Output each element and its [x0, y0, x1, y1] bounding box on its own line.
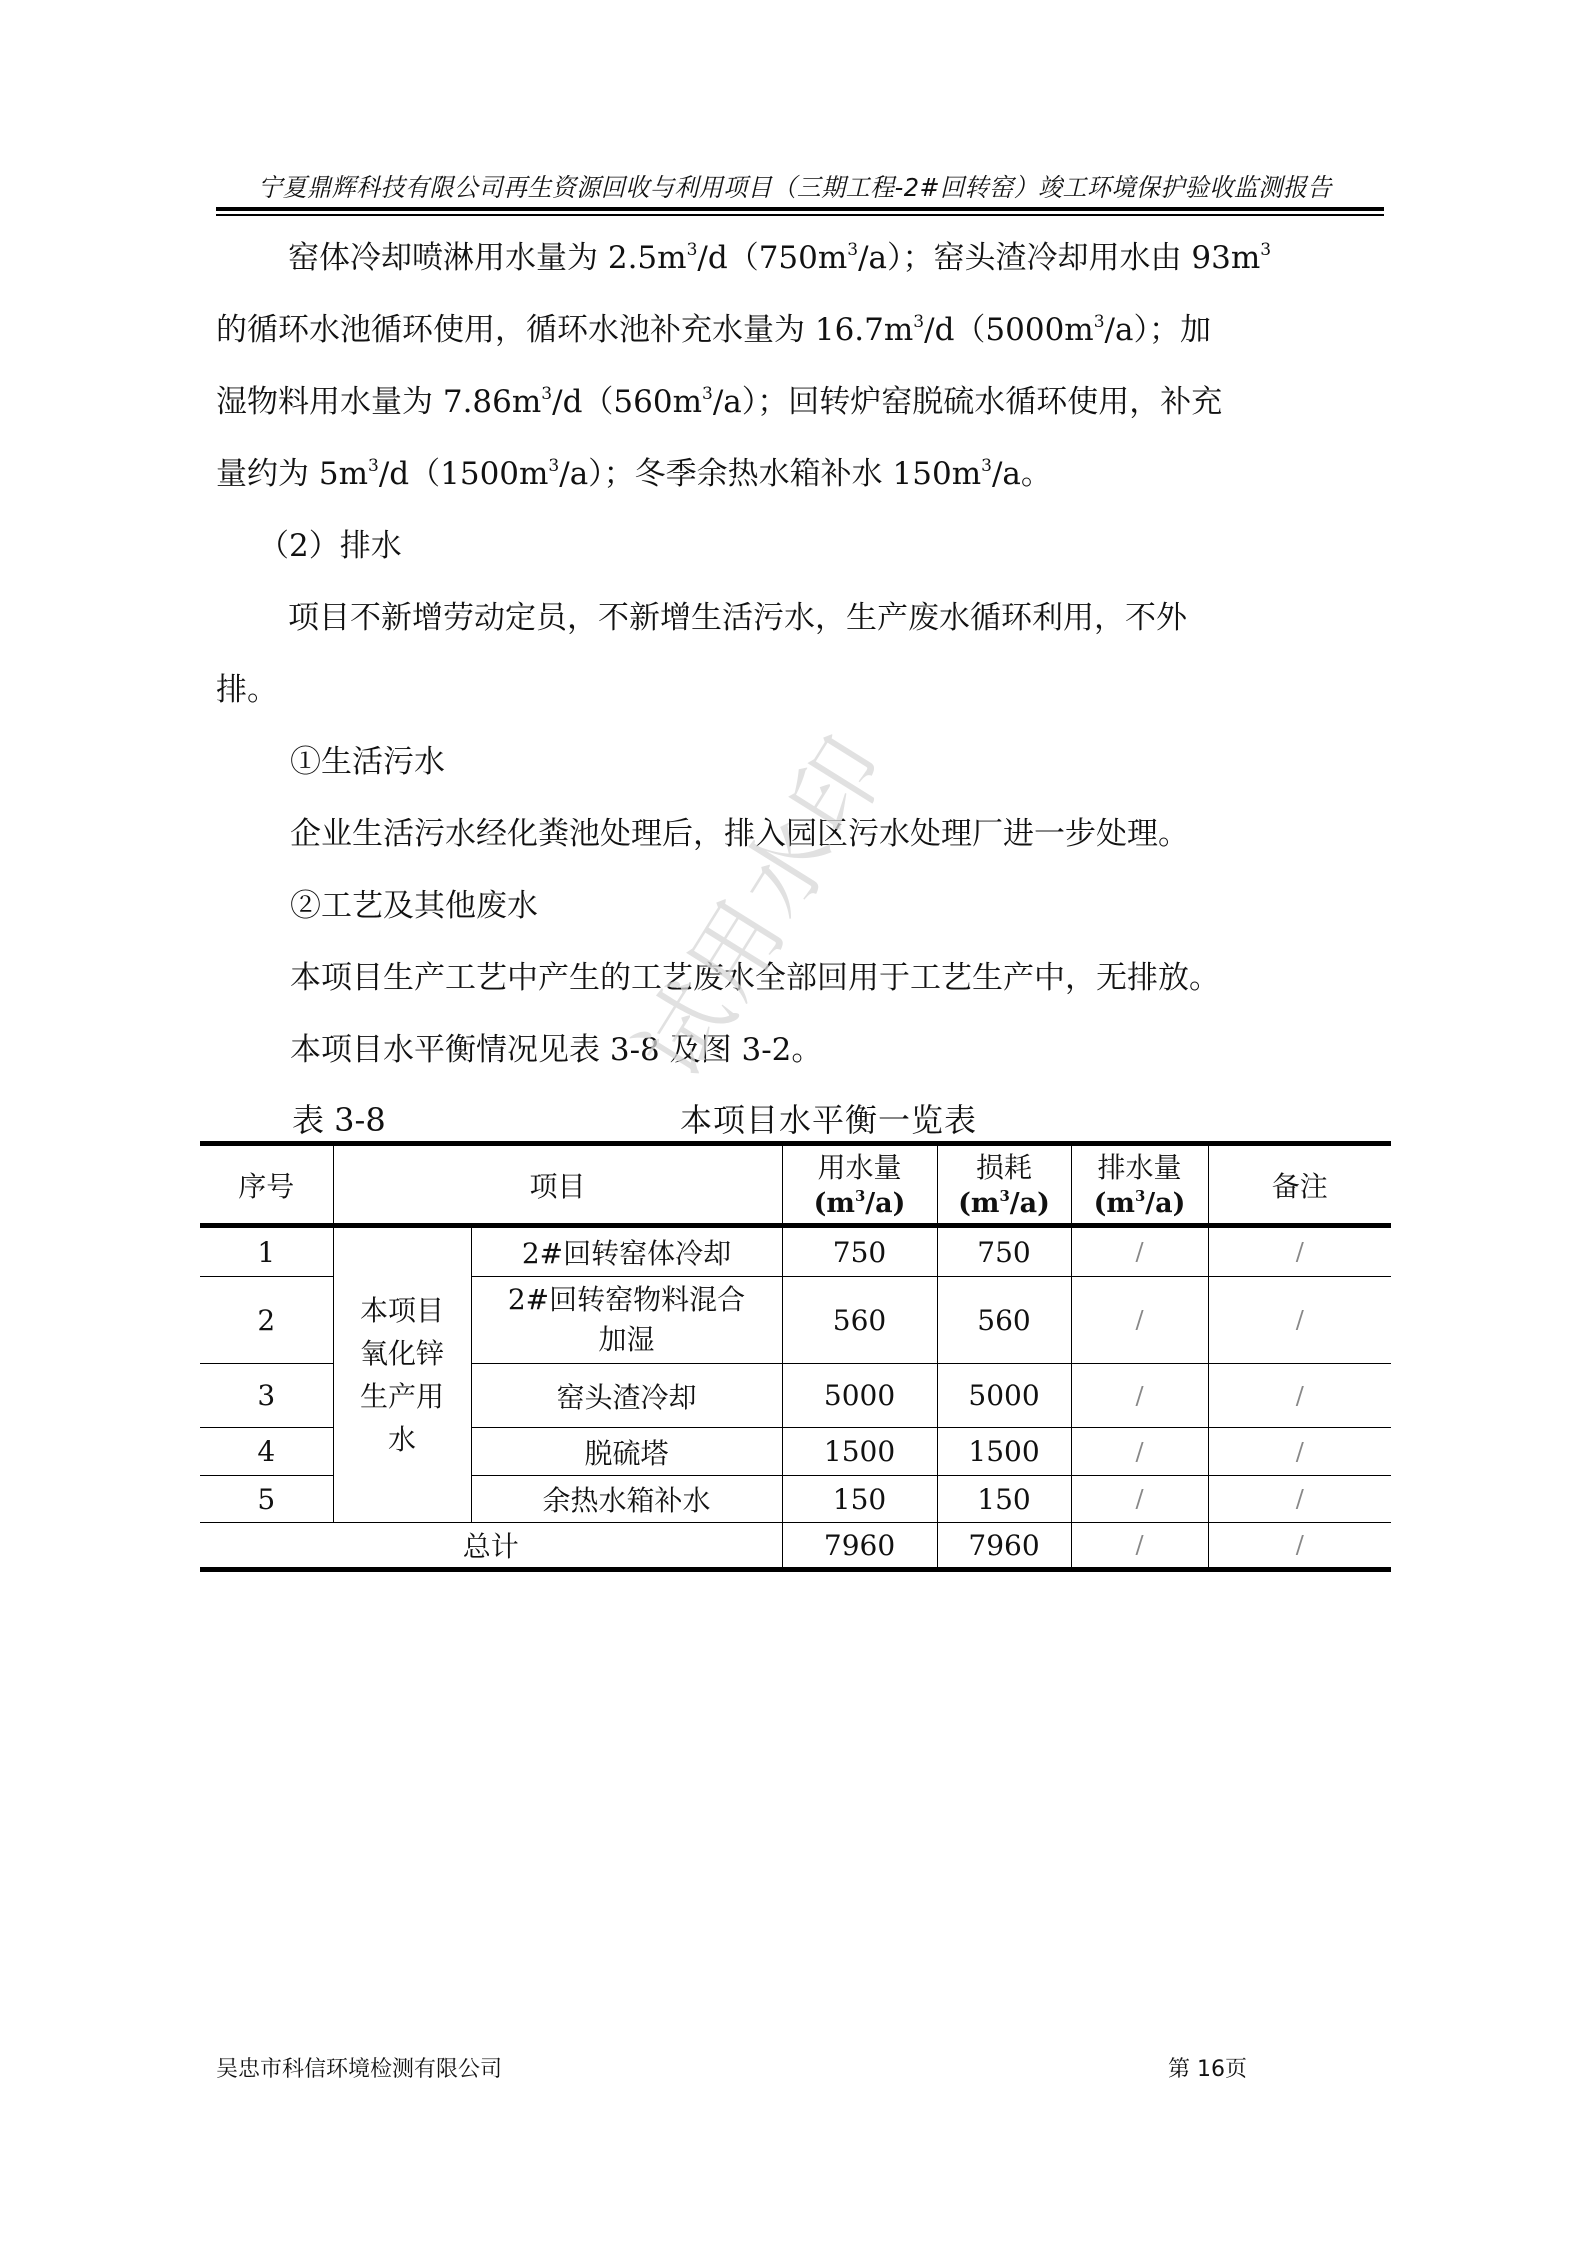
header-item: 项目: [333, 1144, 782, 1226]
header-remark: 备注: [1208, 1144, 1391, 1226]
group-label-zinc-oxide-production: 本项目 氧化锌 生产用 水: [333, 1226, 471, 1523]
total-loss: 7960: [937, 1523, 1071, 1570]
report-header-title: 宁夏鼎辉科技有限公司再生资源回收与利用项目（三期工程-2#回转窑）竣工环境保护验…: [238, 168, 1352, 204]
heading-domestic-wastewater: ①生活污水: [290, 726, 1460, 798]
paragraph-line: 湿物料用水量为 7.86m3/d（560m3/a）；回转炉窑脱硫水循环使用，补充: [216, 366, 1386, 438]
table-total-row: 总计 7960 7960 / /: [200, 1523, 1391, 1570]
table-row: 1 本项目 氧化锌 生产用 水 2#回转窑体冷却 750 750 / /: [200, 1226, 1391, 1277]
paragraph-process-wastewater: 本项目生产工艺中产生的工艺废水全部回用于工艺生产中，无排放。: [290, 942, 1400, 1014]
total-label: 总计: [200, 1523, 782, 1570]
paragraph-line: 窑体冷却喷淋用水量为 2.5m3/d（750m3/a）；窑头渣冷却用水由 93m…: [216, 222, 1386, 294]
footer-company: 吴忠市科信环境检测有限公司: [216, 2052, 502, 2083]
table-number: 表 3-8: [292, 1095, 386, 1141]
heading-process-wastewater: ②工艺及其他废水: [290, 870, 1460, 942]
total-usage: 7960: [782, 1523, 937, 1570]
paragraph-domestic-wastewater: 企业生活污水经化粪池处理后，排入园区污水处理厂进一步处理。: [290, 798, 1460, 870]
paragraph-line: 的循环水池循环使用，循环水池补充水量为 16.7m3/d（5000m3/a）；加: [216, 294, 1386, 366]
paragraph-table-reference: 本项目水平衡情况见表 3-8 及图 3-2。: [290, 1014, 1460, 1086]
header-rule-thin: [216, 214, 1384, 216]
document-page: 宁夏鼎辉科技有限公司再生资源回收与利用项目（三期工程-2#回转窑）竣工环境保护验…: [0, 0, 1588, 2245]
header-seq: 序号: [200, 1144, 333, 1226]
paragraph-line: 量约为 5m3/d（1500m3/a）；冬季余热水箱补水 150m3/a。: [216, 438, 1386, 510]
table-title: 本项目水平衡一览表: [680, 1095, 977, 1141]
header-loss: 损耗 (m3/a): [937, 1144, 1071, 1226]
paragraph-drainage: 项目不新增劳动定员，不新增生活污水，生产废水循环利用，不外 排。: [216, 582, 1386, 726]
header-rule-thick: [216, 207, 1384, 211]
heading-drainage: （2）排水: [258, 510, 1428, 582]
header-discharge: 排水量 (m3/a): [1071, 1144, 1208, 1226]
paragraph-water-usage: 窑体冷却喷淋用水量为 2.5m3/d（750m3/a）；窑头渣冷却用水由 93m…: [216, 222, 1386, 510]
table-header-row: 序号 项目 用水量 (m3/a) 损耗 (m3/a) 排水量 (m3/a) 备注: [200, 1144, 1391, 1226]
footer-page-number: 第 16页: [1168, 2052, 1247, 2083]
header-usage: 用水量 (m3/a): [782, 1144, 937, 1226]
water-balance-table: 序号 项目 用水量 (m3/a) 损耗 (m3/a) 排水量 (m3/a) 备注: [200, 1141, 1391, 1572]
